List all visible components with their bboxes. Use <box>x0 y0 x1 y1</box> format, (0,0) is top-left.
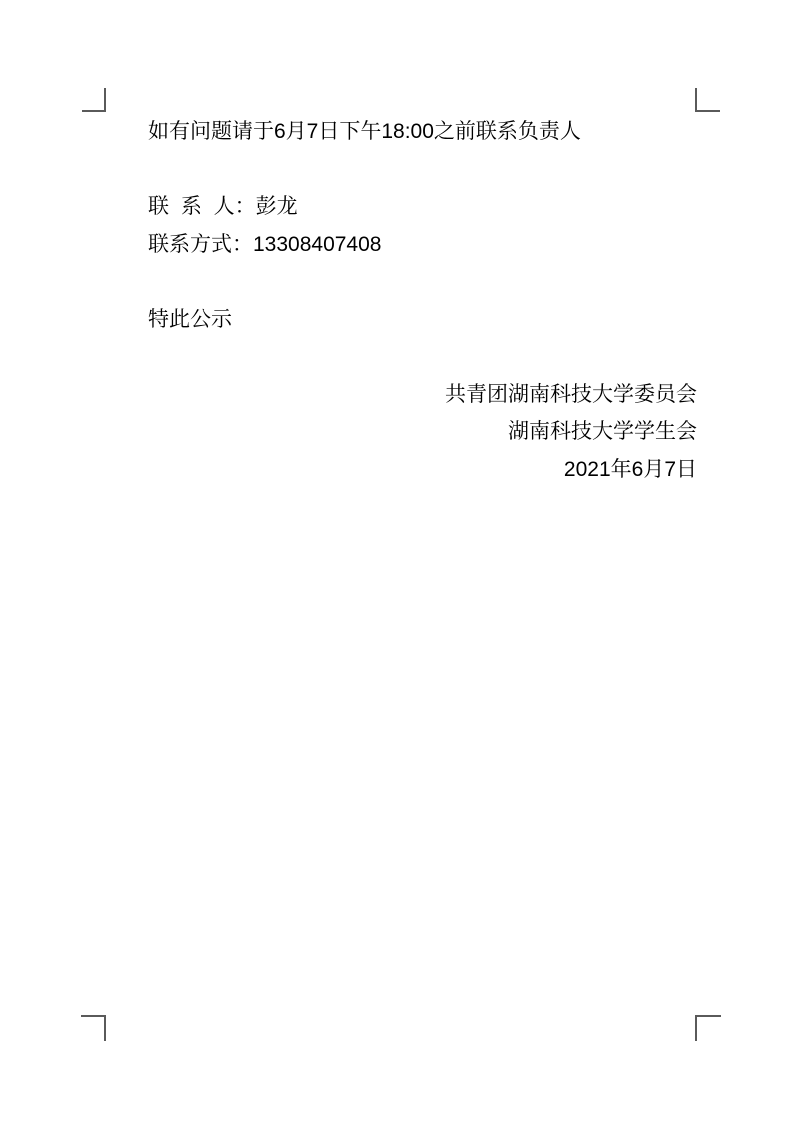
signature-org-line1: 共青团湖南科技大学委员会 <box>106 376 697 414</box>
document-content: 如有问题请于6月7日下午18:00之前联系负责人 联 系 人：彭龙 联系方式：1… <box>106 113 697 488</box>
notice-line: 如有问题请于6月7日下午18:00之前联系负责人 <box>106 113 697 151</box>
contact-phone-number: 13308407408 <box>253 233 381 256</box>
margin-mark-bottom-right-icon <box>695 1015 721 1041</box>
contact-person-name: 彭龙 <box>256 195 298 218</box>
document-page: 如有问题请于6月7日下午18:00之前联系负责人 联 系 人：彭龙 联系方式：1… <box>0 0 794 1123</box>
margin-mark-bottom-left-icon <box>81 1015 106 1041</box>
contact-person-label: 联 系 人： <box>148 195 256 218</box>
margin-mark-top-left-icon <box>82 88 106 112</box>
closing-line: 特此公示 <box>106 301 697 339</box>
margin-mark-top-right-icon <box>695 88 720 112</box>
signature-org-line2: 湖南科技大学学生会 <box>106 413 697 451</box>
contact-person-line: 联 系 人：彭龙 <box>106 188 697 226</box>
contact-phone-label: 联系方式： <box>148 233 253 256</box>
contact-phone-line: 联系方式：13308407408 <box>106 226 697 264</box>
signature-date-line: 2021年6月7日 <box>106 451 697 489</box>
